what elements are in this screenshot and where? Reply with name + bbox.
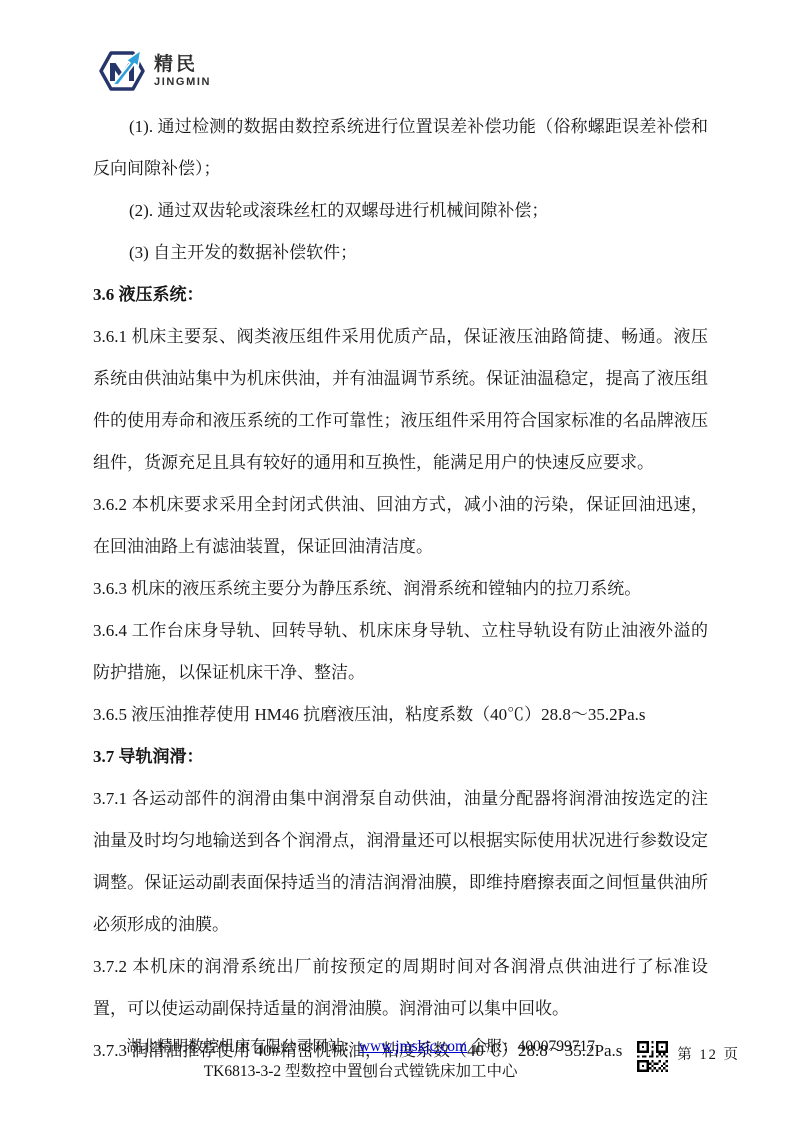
page-number: 第 12 页 <box>677 1043 740 1064</box>
paragraph-3-6-4: 3.6.4 工作台床身导轨、回转导轨、机床床身导轨、立柱导轨设有防止油液外溢的防… <box>93 610 708 694</box>
footer-company-line: 湖北精明数控机床有限公司网站：www.jmskjc.com 企服：4000799… <box>90 1034 631 1059</box>
paragraph-3-7-1: 3.7.1 各运动部件的润滑由集中润滑泵自动供油，油量分配器将润滑油按选定的注油… <box>93 778 708 946</box>
intro-item-2: (2). 通过双齿轮或滚珠丝杠的双螺母进行机械间隙补偿； <box>93 190 708 232</box>
logo-brand-english: JINGMIN <box>154 76 211 89</box>
intro-item-3: (3) 自主开发的数据补偿软件； <box>93 232 708 274</box>
paragraph-3-6-5: 3.6.5 液压油推荐使用 HM46 抗磨液压油，粘度系数（40℃）28.8～3… <box>93 694 708 736</box>
paragraph-3-6-1: 3.6.1 机床主要泵、阀类液压组件采用优质产品，保证液压油路简捷、畅通。液压系… <box>93 316 708 484</box>
website-link[interactable]: www.jmskjc.com <box>359 1038 467 1055</box>
footer-text-block: 湖北精明数控机床有限公司网站：www.jmskjc.com 企服：4000799… <box>90 1034 631 1084</box>
paragraph-3-6-2: 3.6.2 本机床要求采用全封闭式供油、回油方式，减小油的污染，保证回油迅速，在… <box>93 484 708 568</box>
section-heading-3-7: 3.7 导轨润滑： <box>93 736 708 778</box>
document-page: 精民 JINGMIN (1). 通过检测的数据由数控系统进行位置误差补偿功能（俗… <box>0 0 800 1131</box>
page-footer: 湖北精明数控机床有限公司网站：www.jmskjc.com 企服：4000799… <box>90 1034 740 1084</box>
footer-service-info: 企服：4000799717 <box>467 1038 595 1055</box>
company-logo: 精民 JINGMIN <box>97 44 211 98</box>
paragraph-3-6-3: 3.6.3 机床的液压系统主要分为静压系统、润滑系统和镗轴内的拉刀系统。 <box>93 568 708 610</box>
logo-brand-chinese: 精民 <box>154 54 211 76</box>
paragraph-3-7-2: 3.7.2 本机床的润滑系统出厂前按预定的周期时间对各润滑点供油进行了标准设置，… <box>93 946 708 1030</box>
section-heading-3-6: 3.6 液压系统： <box>93 274 708 316</box>
qr-code-icon <box>637 1041 668 1072</box>
jingmin-hexagon-logo-icon <box>97 44 147 98</box>
footer-company-prefix: 湖北精明数控机床有限公司网站： <box>126 1038 359 1055</box>
logo-brand-text: 精民 JINGMIN <box>154 54 211 89</box>
intro-item-1: (1). 通过检测的数据由数控系统进行位置误差补偿功能（俗称螺距误差补偿和反向间… <box>93 106 708 190</box>
document-body: (1). 通过检测的数据由数控系统进行位置误差补偿功能（俗称螺距误差补偿和反向间… <box>93 106 708 1072</box>
footer-machine-model: TK6813-3-2 型数控中置刨台式镗铣床加工中心 <box>90 1059 631 1084</box>
